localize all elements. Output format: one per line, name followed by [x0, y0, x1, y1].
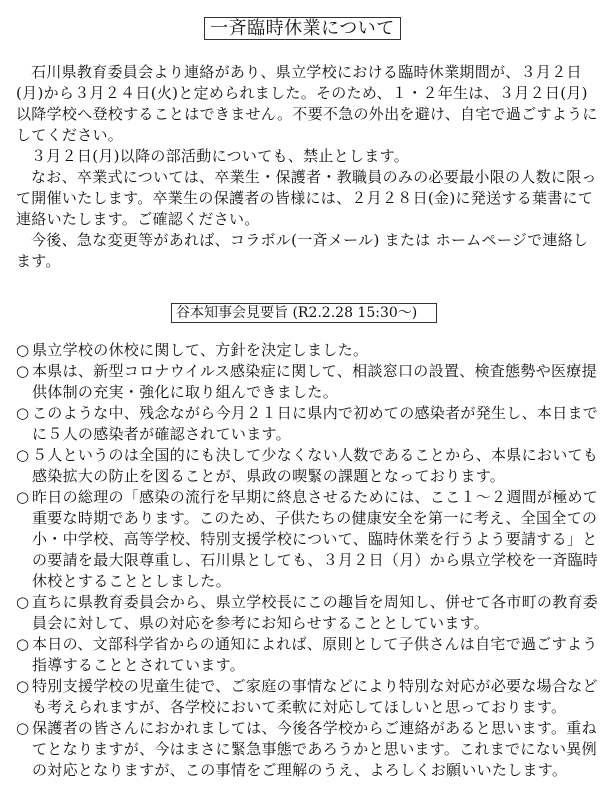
circle-bullet-icon: ○ — [16, 445, 32, 487]
circle-bullet-icon: ○ — [16, 403, 32, 445]
list-item: ○直ちに県教育委員会から、県立学校長にこの趣旨を周知し、併せて各市町の教育委員会… — [16, 592, 604, 634]
paragraph-graduation: なお、卒業式については、卒業生・保護者・教職員のみの必要最小限の人数に限って開催… — [16, 167, 601, 230]
paragraph-closure-period: 石川県教育委員会より連絡があり、県立学校における臨時休業期間が、３月２日(月)か… — [16, 62, 601, 146]
notice-body: 石川県教育委員会より連絡があり、県立学校における臨時休業期間が、３月２日(月)か… — [16, 62, 601, 272]
list-item: ○このような中、残念ながら今月２１日に県内で初めての感染者が発生し、本日までに５… — [16, 403, 604, 445]
circle-bullet-icon: ○ — [16, 634, 32, 676]
press-summary-list: ○県立学校の休校に関して、方針を決定しました。 ○本県は、新型コロナウイルス感染… — [16, 340, 604, 781]
list-item: ○保護者の皆さんにおかれましては、今後各学校からご連絡があると思います。重ねてと… — [16, 718, 604, 781]
circle-bullet-icon: ○ — [16, 718, 32, 781]
press-summary-heading: 谷本知事会見要旨 (R2.2.28 15:30～) — [171, 303, 437, 323]
circle-bullet-icon: ○ — [16, 487, 32, 592]
page-title: 一斉臨時休業について — [204, 17, 401, 40]
paragraph-club-activities: ３月２日(月)以降の部活動についても、禁止とします。 — [16, 146, 601, 167]
list-item: ○特別支援学校の児童生徒で、ご家庭の事情などにより特別な対応が必要な場合なども考… — [16, 676, 604, 718]
list-item: ○昨日の総理の「感染の流行を早期に終息させるためには、ここ１～２週間が極めて重要… — [16, 487, 604, 592]
list-item: ○本日の、文部科学省からの通知によれば、原則として子供さんは自宅で過ごすよう指導… — [16, 634, 604, 676]
list-item: ○県立学校の休校に関して、方針を決定しました。 — [16, 340, 604, 361]
paragraph-contact: 今後、急な変更等があれば、コラボル(一斉メール) または ホームページで連絡しま… — [16, 230, 601, 272]
circle-bullet-icon: ○ — [16, 676, 32, 718]
circle-bullet-icon: ○ — [16, 592, 32, 634]
circle-bullet-icon: ○ — [16, 340, 32, 361]
circle-bullet-icon: ○ — [16, 361, 32, 403]
list-item: ○５人というのは全国的にも決して少なくない人数であることから、本県においても感染… — [16, 445, 604, 487]
list-item: ○本県は、新型コロナウイルス感染症に関して、相談窓口の設置、検査態勢や医療提供体… — [16, 361, 604, 403]
